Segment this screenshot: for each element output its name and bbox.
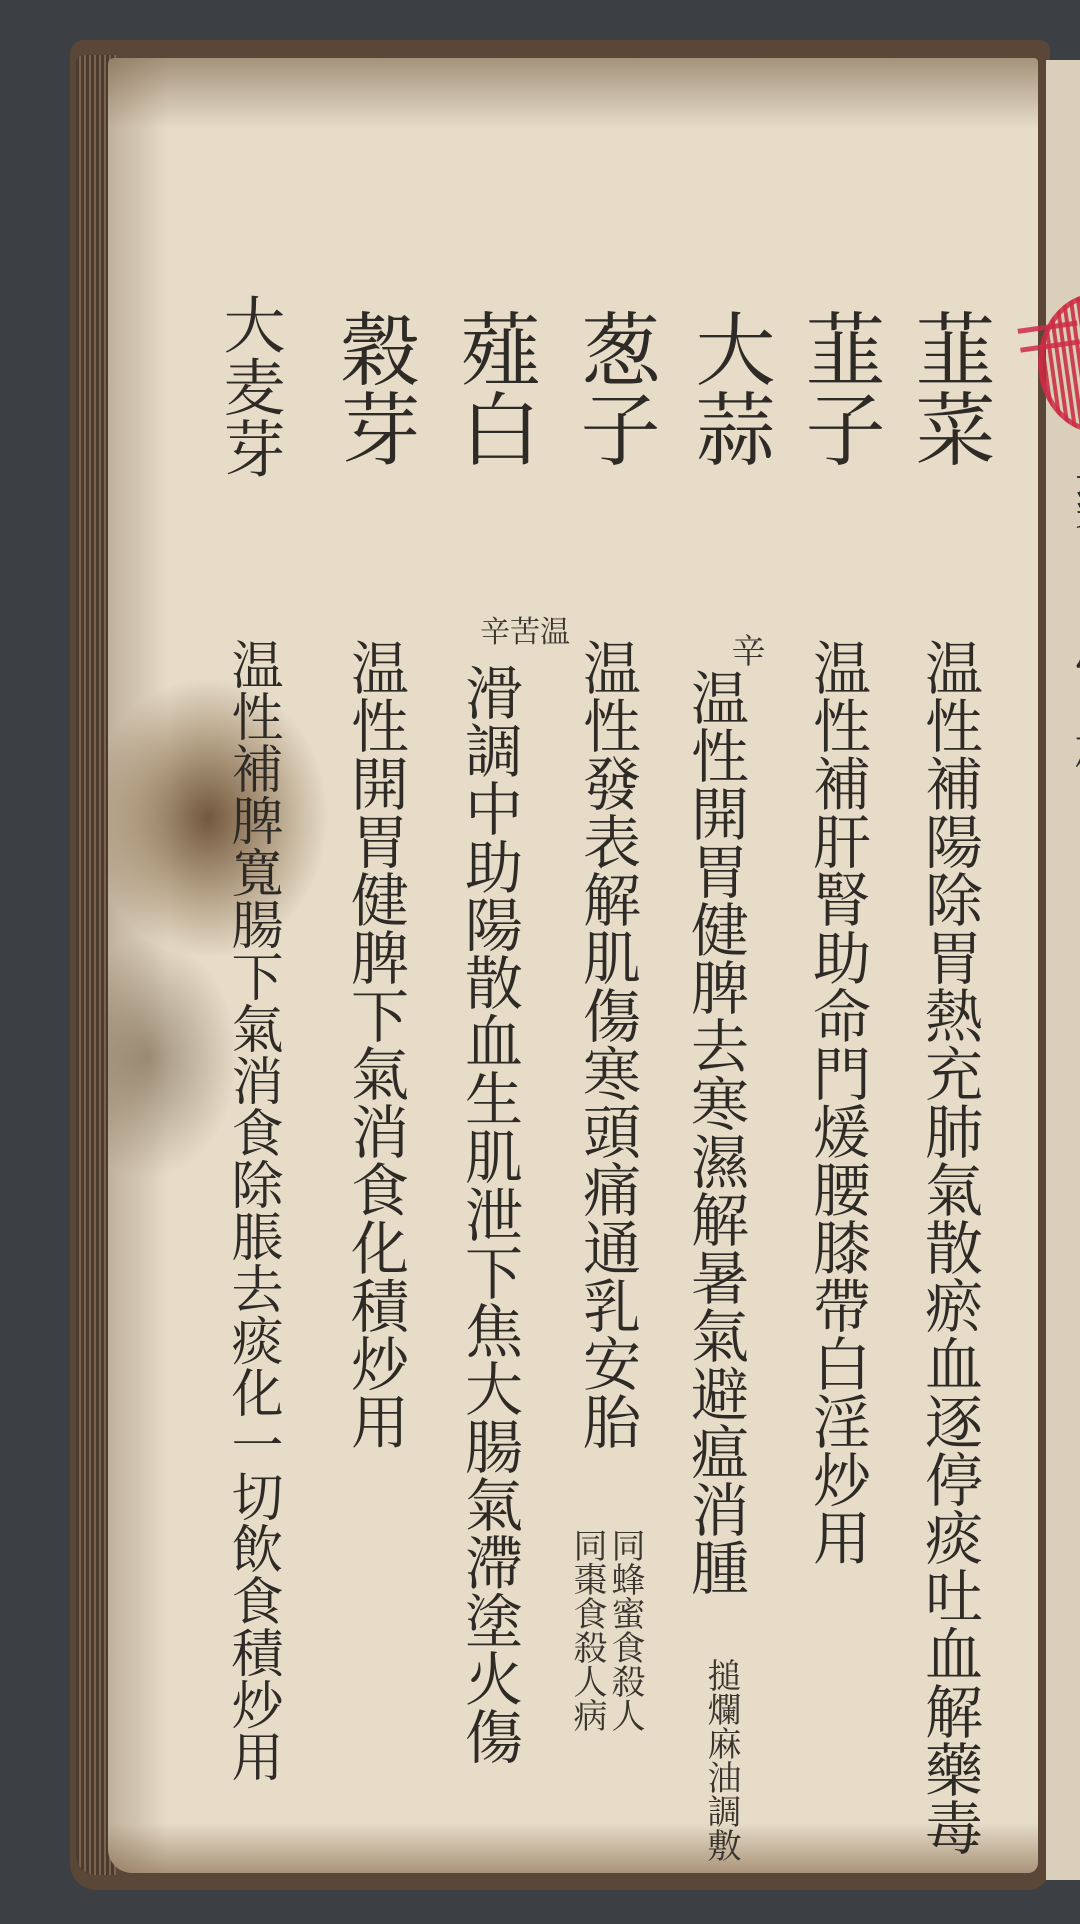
- entry-note: 搥爛麻油調敷: [704, 1658, 738, 1862]
- manuscript-page: 藥品性格 韮菜 温性補陽除胃熱充肺氣散瘀血逐停痰吐血解藥毒 韮子 温性補肝腎助命…: [108, 58, 1038, 1873]
- entry-note-right: 同蜂蜜食殺人: [608, 1528, 642, 1732]
- entry-description: 温性補脾寬腸下氣消食除脹去痰化一切飲食積炒用: [226, 638, 278, 1782]
- entry-description: 温性開胃健脾下氣消食化積炒用: [346, 638, 404, 1450]
- entry-heading: 穀芽: [333, 308, 413, 468]
- entry-heading: 葱子: [573, 308, 653, 468]
- entry-description: 温性補肝腎助命門煖腰膝帶白淫炒用: [808, 638, 866, 1566]
- entry-description: 温性發表解肌傷寒頭痛通乳安胎: [578, 638, 636, 1450]
- entry-description: 温性補陽除胃熱充肺氣散瘀血逐停痰吐血解藥毒: [920, 638, 978, 1856]
- entry-prefix-note: 辛: [728, 633, 762, 667]
- entry-heading: 韮子: [798, 308, 878, 468]
- entry-heading: 大蒜: [688, 308, 768, 468]
- entry-description: 温性開胃健脾去寒濕解暑氣避瘟消腫: [686, 668, 744, 1596]
- entry-description: 滑調中助陽散血生肌泄下焦大腸氣滯塗火傷: [460, 663, 518, 1765]
- entry-heading: 薤白: [453, 308, 533, 468]
- entry-heading: 韮菜: [908, 308, 988, 468]
- entry-heading: 大麦芽: [218, 293, 280, 479]
- entry-prefix-note: 辛苦温: [480, 618, 570, 648]
- page-title: 藥品性格: [1068, 468, 1080, 804]
- entry-note-left: 同棗食殺人病: [570, 1528, 604, 1732]
